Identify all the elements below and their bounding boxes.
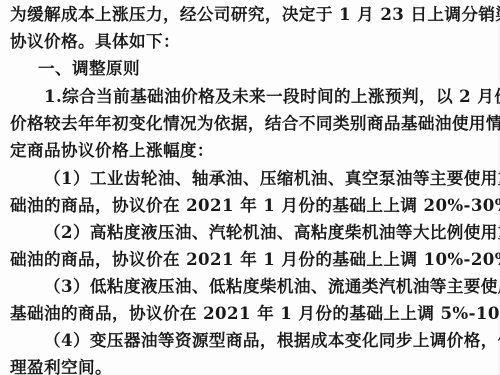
item-2-line-1: （2）高粘度液压油、汽轮机油、高粘度柴机油等大比例使用重质基 [44, 219, 500, 246]
intro-line-1: 为缓解成本上涨压力，经公司研究，决定于 1 月 23 日上调分销渠道商品 [10, 1, 500, 28]
principle-1-line-3: 定商品协议价格上涨幅度： [10, 137, 214, 164]
item-4-line-1: （4）变压器油等资源型商品，根据成本变化同步上调价格，保持合 [44, 327, 500, 354]
page-edge-shadow [496, 0, 500, 375]
principle-1-line-1: 1.综合当前基础油价格及未来一段时间的上涨预判，以 2 月份基础油 [44, 83, 500, 110]
item-2-line-2: 础油的商品，协议价在 2021 年 1 月份的基础上上调 10%-20%。 [10, 246, 500, 273]
document-page: 为缓解成本上涨压力，经公司研究，决定于 1 月 23 日上调分销渠道商品 协议价… [0, 0, 500, 375]
section-heading-adjustment-principles: 一、调整原则 [38, 55, 140, 82]
item-4-line-2: 理盈利空间。 [10, 354, 112, 375]
item-1-line-2: 础油的商品，协议价在 2021 年 1 月份的基础上上调 20%-30%。 [10, 192, 500, 219]
item-3-line-2: 基础油的商品，协议价在 2021 年 1 月份的基础上上调 5%-10%。 [10, 300, 500, 327]
intro-line-2: 协议价格。具体如下： [10, 28, 180, 55]
principle-1-line-2: 价格较去年年初变化情况为依据，结合不同类别商品基础油使用情况设 [10, 110, 500, 137]
item-1-line-1: （1）工业齿轮油、轴承油、压缩机油、真空泵油等主要使用重质基 [44, 165, 500, 192]
item-3-line-1: （3）低粘度液压油、低粘度柴机油、流通类汽机油等主要使用轻质 [44, 273, 500, 300]
